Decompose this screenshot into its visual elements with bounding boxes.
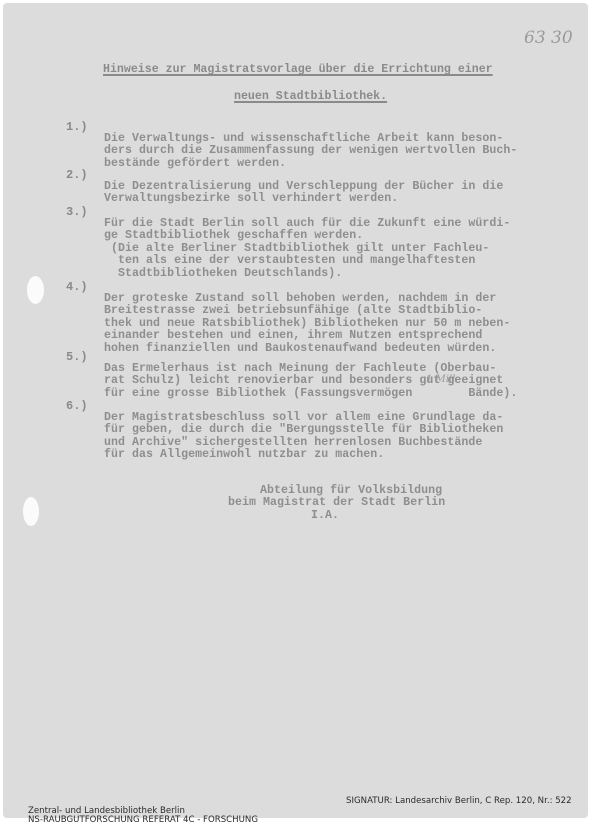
signature-ia: I.A. <box>228 510 445 523</box>
footer-signature: SIGNATUR: Landesarchiv Berlin, C Rep. 12… <box>346 797 572 807</box>
punch-hole-upper <box>27 276 44 304</box>
item-text: Die Dezentralisierung und Verschleppung … <box>104 168 503 206</box>
item-text: Die Verwaltungs- und wissenschaftliche A… <box>104 120 517 170</box>
item-number: 5.) <box>66 350 88 364</box>
punch-hole-lower <box>23 497 39 526</box>
item-number: 3.) <box>66 205 88 219</box>
item-line: ders durch die Zusammenfassung der wenig… <box>104 145 517 158</box>
item-text: Für die Stadt Berlin soll auch für die Z… <box>104 205 510 281</box>
item-number: 2.) <box>66 168 88 182</box>
item-number: 4.) <box>66 280 88 294</box>
item-text: Der Magistratsbeschluss soll vor allem e… <box>104 399 503 462</box>
signature-block: Abteilung für Volksbildungbeim Magistrat… <box>228 472 445 522</box>
item-line: für geben, die durch die "Bergungsstelle… <box>104 424 503 437</box>
item-text: Der groteske Zustand soll behoben werden… <box>104 280 510 356</box>
item-line: Stadtbibliotheken Deutschlands). <box>104 268 510 281</box>
footer-department: NS-RAUBGUTFORSCHUNG REFERAT 4C - FORSCHU… <box>28 816 258 825</box>
item-line: rat Schulz) leicht renovierbar und beson… <box>104 375 517 388</box>
handwritten-insert: 1 Mill <box>426 374 455 385</box>
footer-left: Zentral- und Landesbibliothek BerlinNS-R… <box>28 797 258 825</box>
signature-authority: beim Magistrat der Stadt Berlin <box>228 497 445 510</box>
item-line: für das Allgemeinwohl nutzbar zu machen. <box>104 449 503 462</box>
item-line: Breitestrasse zwei betriebsunfähige (alt… <box>104 305 510 318</box>
handwritten-page-number: 63 30 <box>524 28 573 48</box>
document-title-line2: neuen Stadtbibliothek. <box>234 90 387 103</box>
item-number: 6.) <box>66 399 88 413</box>
item-text: Das Ermelerhaus ist nach Meinung der Fac… <box>104 350 517 400</box>
item-line: Verwaltungsbezirke soll verhindert werde… <box>104 193 503 206</box>
item-number: 1.) <box>66 120 88 134</box>
document-title-line1: Hinweise zur Magistratsvorlage über die … <box>103 63 493 76</box>
item-line: ge Stadtbibliothek geschaffen werden. <box>104 230 510 243</box>
